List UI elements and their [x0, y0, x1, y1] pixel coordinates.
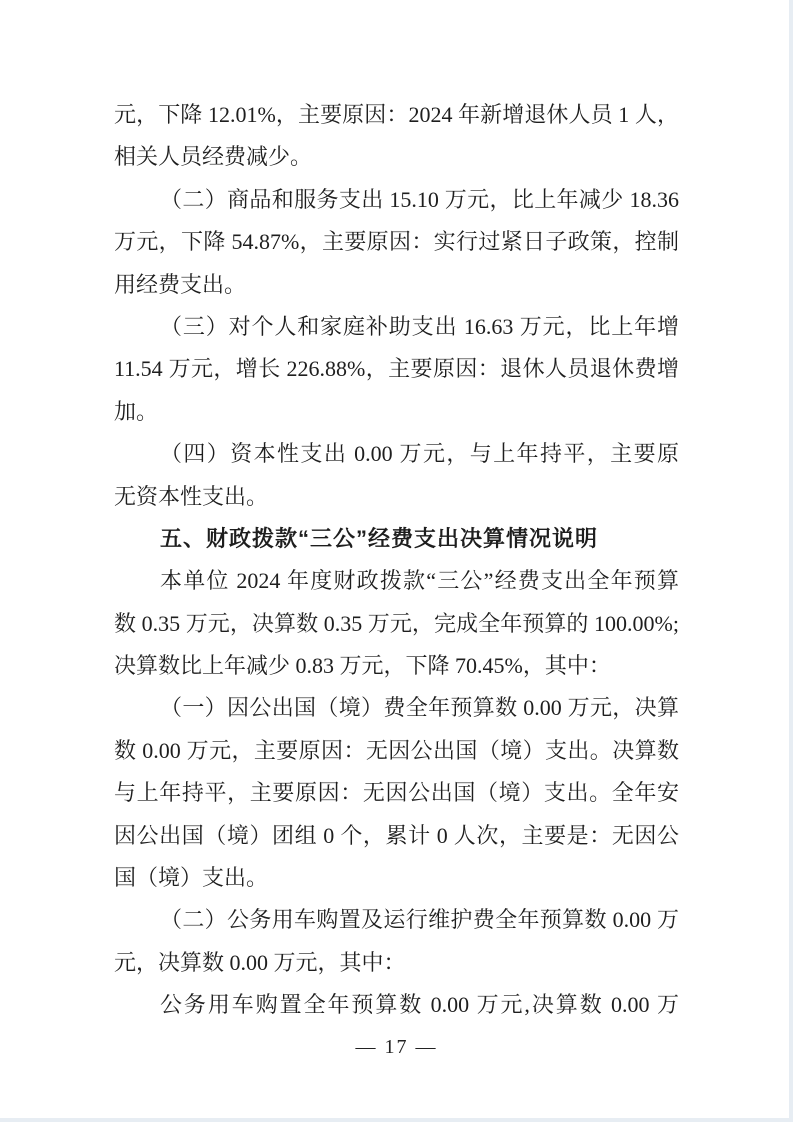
text-line: 11.54 万元，增长 226.88%，主要原因：退休人员退休费增 [114, 348, 679, 390]
text-line: 因公出国（境）团组 0 个，累计 0 人次，主要是：无因公出 [114, 815, 679, 857]
text-line: 无资本性支出。 [114, 476, 679, 518]
text-line: 决算数比上年减少 0.83 万元，下降 70.45%，其中： [114, 645, 679, 687]
text-line: （二）商品和服务支出 15.10 万元，比上年减少 18.36 [114, 179, 679, 221]
text-line: （二）公务用车购置及运行维护费全年预算数 0.00 万 [114, 899, 679, 941]
text-line: 公务用车购置全年预算数 0.00 万元,决算数 0.00 万元， [114, 984, 679, 1026]
document-body: 元，下降 12.01%，主要原因：2024 年新增退休人员 1 人， 相关人员经… [114, 94, 679, 1027]
text-line: 相关人员经费减少。 [114, 136, 679, 178]
text-line: 万元，下降 54.87%，主要原因：实行过紧日子政策，控制公 [114, 221, 679, 263]
page-edge-bottom [0, 1118, 793, 1122]
section-heading: 五、财政拨款“三公”经费支出决算情况说明 [114, 518, 679, 560]
text-line: 数 0.35 万元，决算数 0.35 万元，完成全年预算的 100.00%; [114, 603, 679, 645]
text-line: （四）资本性支出 0.00 万元，与上年持平，主要原因： [114, 433, 679, 475]
text-line: （三）对个人和家庭补助支出 16.63 万元，比上年增加 [114, 306, 679, 348]
text-line: （一）因公出国（境）费全年预算数 0.00 万元，决算 [114, 687, 679, 729]
page-number: — 17 — [0, 1036, 793, 1059]
text-line: 本单位 2024 年度财政拨款“三公”经费支出全年预算 [114, 560, 679, 602]
text-line: 加。 [114, 391, 679, 433]
text-line: 国（境）支出。 [114, 857, 679, 899]
text-line: 元，决算数 0.00 万元，其中： [114, 942, 679, 984]
text-line: 元，下降 12.01%，主要原因：2024 年新增退休人员 1 人， [114, 94, 679, 136]
text-line: 用经费支出。 [114, 264, 679, 306]
text-line: 与上年持平，主要原因：无因公出国（境）支出。全年安排 [114, 772, 679, 814]
text-line: 数 0.00 万元，主要原因：无因公出国（境）支出。决算数 [114, 730, 679, 772]
document-page: 元，下降 12.01%，主要原因：2024 年新增退休人员 1 人， 相关人员经… [0, 0, 793, 1122]
page-edge-right [789, 0, 793, 1122]
